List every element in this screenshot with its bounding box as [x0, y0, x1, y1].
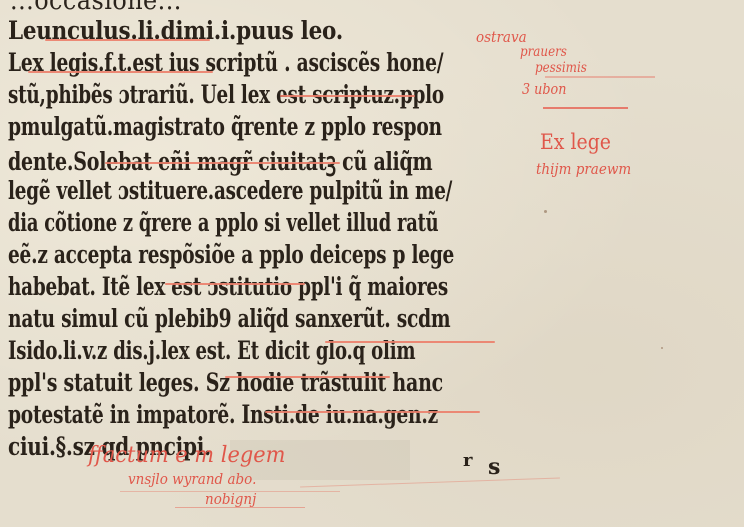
text-line-4: pmulgatũ.magistrato q̃rente z pplo respo… [8, 112, 442, 142]
text-line-9: habebat. Itẽ lex est ɔstitutio ppl'i q̃ … [8, 272, 448, 302]
text-line-10: natu simul cũ plebib9 aliq̃d sanxerũt. s… [8, 304, 450, 334]
rubric-underline [265, 411, 480, 413]
text-line-2: Lex legis.f.t.est ius scriptũ . asciscẽs… [8, 48, 443, 78]
margin-note-line: prauers [520, 44, 567, 60]
margin-note-line: pessimis [535, 60, 587, 76]
rubric-underline [280, 95, 415, 97]
text-line-6: legẽ vellet ɔstituere.ascedere pulpitũ i… [8, 176, 452, 206]
signature-mark: r [463, 450, 472, 471]
signature-mark: s [488, 454, 500, 480]
margin-rule [543, 107, 628, 109]
text-line-8: eẽ.z accepta respõsiõe a pplo deiceps p … [8, 240, 454, 270]
cropped-top-line: ...occasione... [10, 0, 182, 16]
text-line-12: ppl's statuit leges. Sz hodie trãstulit … [8, 368, 443, 398]
paper-speck [661, 347, 663, 349]
rubric-underline [165, 283, 305, 285]
bottom-rule [120, 491, 340, 492]
bottom-rule [175, 507, 305, 508]
text-line-1: Leunculus.li.dimi.i.puus leo. [8, 16, 343, 46]
margin-note-line: 3 ubon [522, 80, 566, 98]
rubric-underline [225, 376, 390, 378]
margin-note-line: thijm praewm [536, 160, 631, 178]
margin-note-line: Ex lege [540, 130, 611, 154]
rubric-underline [45, 39, 210, 41]
rubric-underline [28, 71, 213, 73]
margin-rule [545, 76, 655, 78]
text-line-7: dia cõtione z q̃rere a pplo si vellet il… [8, 208, 438, 238]
rubric-underline [325, 341, 495, 343]
paper-speck [544, 210, 547, 213]
bottom-note-line: vnsjlo wyrand abo. [128, 470, 256, 488]
text-line-13: potestatẽ in impatorẽ. Insti.de iu.na.ge… [8, 400, 438, 430]
rubric-underline [105, 162, 340, 164]
bottom-note-line: nobignj [205, 490, 256, 508]
text-line-5: dente.Solebat eñi magr̃ ciuitatꝫ cũ aliq… [8, 144, 432, 174]
bottom-note-line: ffactum e m legem [88, 443, 285, 468]
manuscript-page: ...occasione... Leunculus.li.dimi.i.puus… [0, 0, 744, 527]
